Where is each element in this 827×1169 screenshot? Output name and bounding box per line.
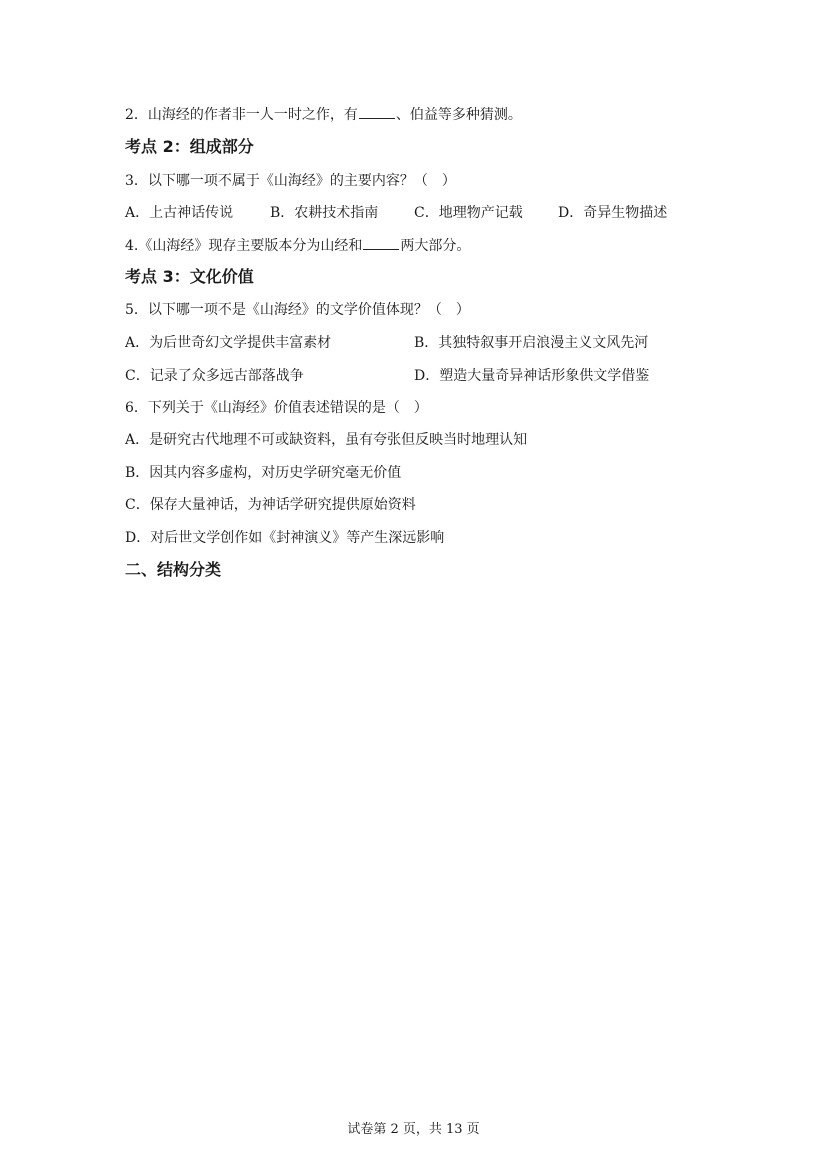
page-footer: 试卷第 2 页，共 13 页 — [0, 1120, 827, 1140]
question-6-option-d: D．对后世文学创作如《封神演义》等产生深远影响 — [125, 528, 444, 548]
question-2: 2．山海经的作者非一人一时之作，有、伯益等多种猜测。 — [125, 104, 522, 125]
section-heading-3: 考点 3：文化价值 — [125, 267, 254, 287]
question-6-option-a: A．是研究古代地理不可或缺资料，虽有夸张但反映当时地理认知 — [125, 430, 527, 450]
question-5-option-d: D．塑造大量奇异神话形象供文学借鉴 — [414, 366, 649, 386]
question-4-text-post: 两大部分。 — [400, 238, 470, 254]
fill-blank — [359, 104, 395, 119]
fill-blank — [363, 235, 399, 250]
section-heading-structure: 二、结构分类 — [125, 560, 221, 580]
question-3-option-a: A．上古神话传说 — [125, 203, 233, 223]
question-5-stem: 5．以下哪一项不是《山海经》的文学价值体现？（ ） — [125, 300, 470, 320]
question-5-option-b: B．其独特叙事开启浪漫主义文风先河 — [414, 333, 648, 353]
question-6-stem: 6．下列关于《山海经》价值表述错误的是（ ） — [125, 398, 428, 418]
question-4-text-pre: 4.《山海经》现存主要版本分为山经和 — [125, 238, 362, 254]
question-3-option-c: C．地理物产记载 — [414, 203, 523, 223]
question-3-option-d: D．奇异生物描述 — [558, 203, 667, 223]
question-3-stem: 3．以下哪一项不属于《山海经》的主要内容？（ ） — [125, 171, 456, 191]
question-4: 4.《山海经》现存主要版本分为山经和两大部分。 — [125, 235, 470, 256]
question-2-text-post: 、伯益等多种猜测。 — [396, 107, 522, 123]
question-6-option-c: C．保存大量神话，为神话学研究提供原始资料 — [125, 495, 416, 515]
question-5-option-c: C．记录了众多远古部落战争 — [125, 366, 304, 386]
question-2-text-pre: 2．山海经的作者非一人一时之作，有 — [125, 107, 358, 123]
question-5-option-a: A．为后世奇幻文学提供丰富素材 — [125, 333, 331, 353]
section-heading-2: 考点 2：组成部分 — [125, 137, 254, 157]
question-6-option-b: B．因其内容多虚构，对历史学研究毫无价值 — [125, 463, 401, 483]
question-3-option-b: B．农耕技术指南 — [270, 203, 378, 223]
